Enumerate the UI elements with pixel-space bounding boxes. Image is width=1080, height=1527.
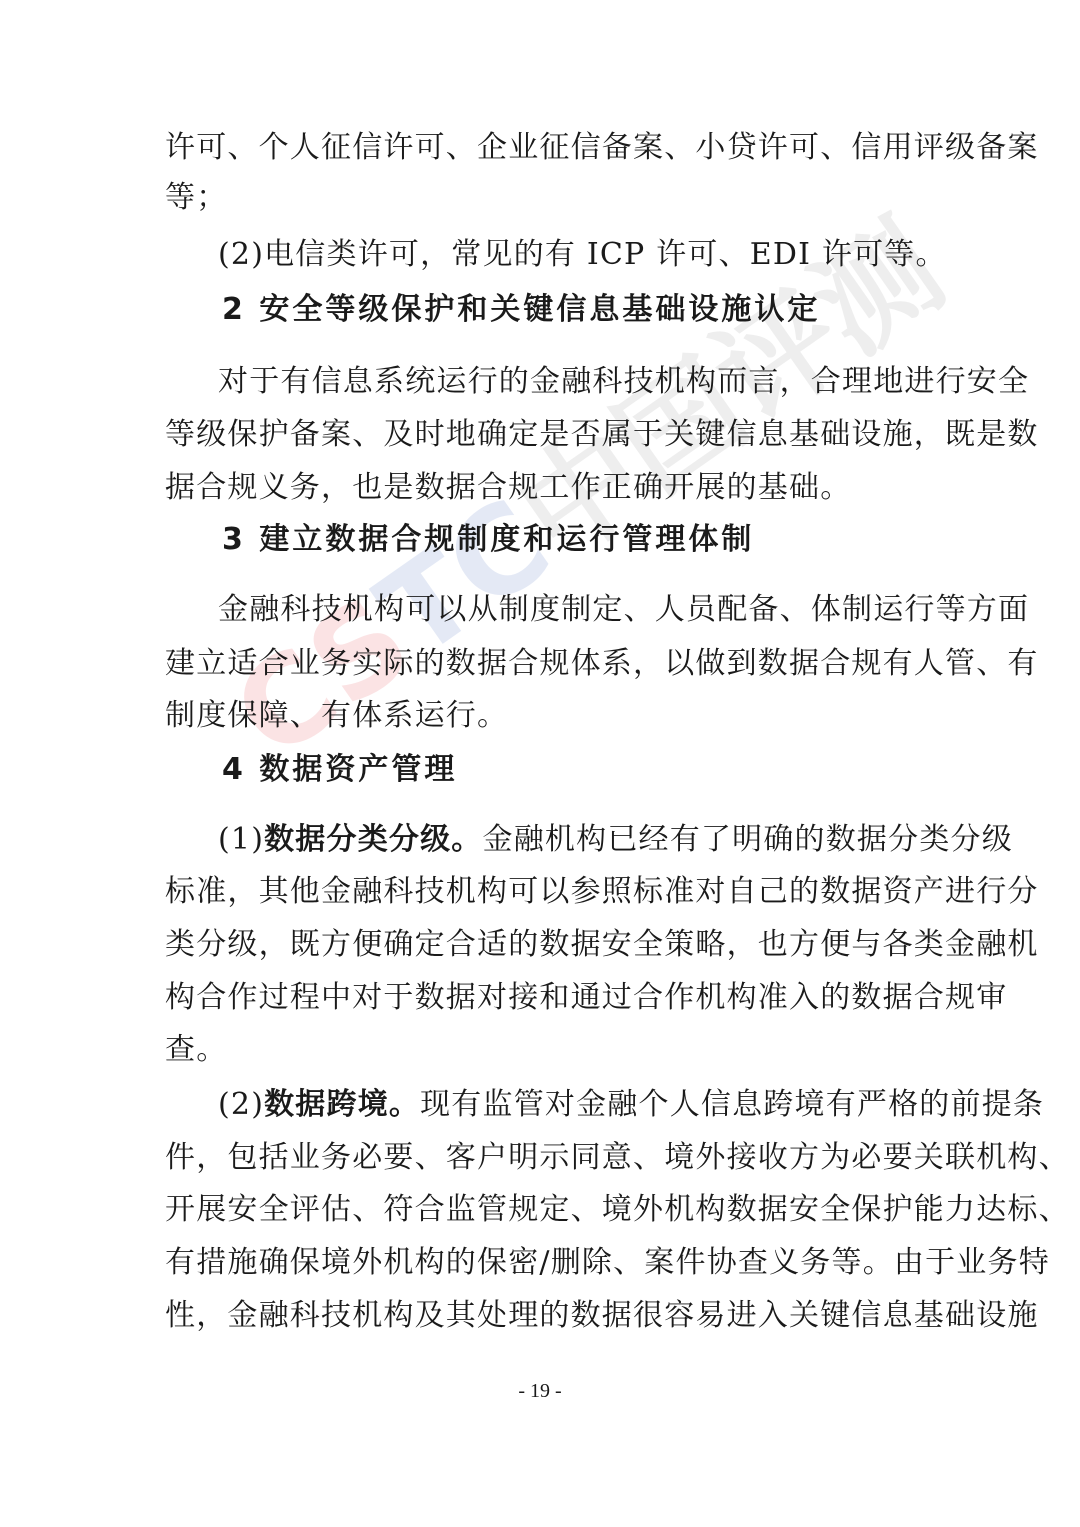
paragraph-line: 有措施确保境外机构的保密/删除、案件协查义务等。由于业务特 xyxy=(165,1243,915,1283)
paragraph-line: 件，包括业务必要、客户明示同意、境外接收方为必要关联机构、 xyxy=(165,1138,915,1178)
paragraph-line: 对于有信息系统运行的金融科技机构而言，合理地进行安全 xyxy=(218,362,968,402)
paragraph-line: 类分级，既方便确定合适的数据安全策略，也方便与各类金融机 xyxy=(165,925,915,965)
section-heading-3: 3 建立数据合规制度和运行管理体制 xyxy=(222,520,972,560)
item-title: 数据分类分级。 xyxy=(264,822,482,857)
paragraph-line: 等级保护备案、及时地确定是否属于关键信息基础设施，既是数 xyxy=(165,415,915,455)
item-prefix: (1) xyxy=(218,822,264,857)
item-prefix: (2) xyxy=(218,1087,264,1122)
item-text: 金融机构已经有了明确的数据分类分级 xyxy=(483,822,1013,857)
document-page: CSTC中国评测 许可、个人征信许可、企业征信备案、小贷许可、信用评级备案 等；… xyxy=(0,0,1080,1527)
paragraph-line: 建立适合业务实际的数据合规体系，以做到数据合规有人管、有 xyxy=(165,644,915,684)
paragraph-line: 等； xyxy=(165,178,915,218)
paragraph-line: 制度保障、有体系运行。 xyxy=(165,696,915,736)
section-heading-2: 2 安全等级保护和关键信息基础设施认定 xyxy=(222,290,972,330)
page-number: - 19 - xyxy=(0,1380,1080,1403)
paragraph-line: 查。 xyxy=(165,1030,915,1070)
list-item-1-first-line: (1)数据分类分级。金融机构已经有了明确的数据分类分级 xyxy=(218,820,968,860)
section-heading-4: 4 数据资产管理 xyxy=(222,750,972,790)
paragraph-line: 开展安全评估、符合监管规定、境外机构数据安全保护能力达标、 xyxy=(165,1190,915,1230)
paragraph-line: 构合作过程中对于数据对接和通过合作机构准入的数据合规审 xyxy=(165,978,915,1018)
paragraph-line: 性，金融科技机构及其处理的数据很容易进入关键信息基础设施 xyxy=(165,1296,915,1336)
paragraph-line: 金融科技机构可以从制度制定、人员配备、体制运行等方面 xyxy=(218,590,968,630)
list-item-2-first-line: (2)数据跨境。现有监管对金融个人信息跨境有严格的前提条 xyxy=(218,1085,968,1125)
item-text: 现有监管对金融个人信息跨境有严格的前提条 xyxy=(420,1087,1044,1122)
paragraph-line: 许可、个人征信许可、企业征信备案、小贷许可、信用评级备案 xyxy=(165,128,915,168)
paragraph-line: (2)电信类许可，常见的有 ICP 许可、EDI 许可等。 xyxy=(218,235,968,275)
item-title: 数据跨境。 xyxy=(264,1087,420,1122)
paragraph-line: 据合规义务，也是数据合规工作正确开展的基础。 xyxy=(165,468,915,508)
paragraph-line: 标准，其他金融科技机构可以参照标准对自己的数据资产进行分 xyxy=(165,872,915,912)
